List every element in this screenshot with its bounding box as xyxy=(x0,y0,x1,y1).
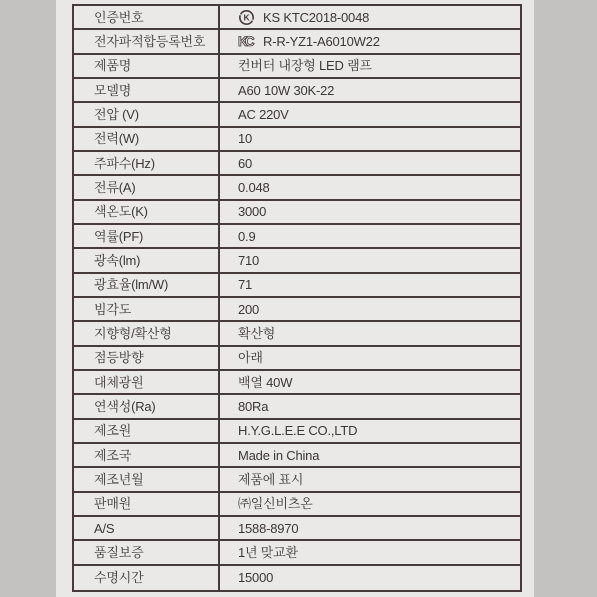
spec-label: 광속(lm) xyxy=(74,249,220,271)
spec-label: 전류(A) xyxy=(74,176,220,198)
table-row: 광효율(lm/W) 71 xyxy=(74,274,520,298)
spec-value: 80Ra xyxy=(220,395,520,417)
table-row: 제조년월 제품에 표시 xyxy=(74,468,520,492)
table-row: 제조국 Made in China xyxy=(74,444,520,468)
spec-value: A60 10W 30K-22 xyxy=(220,79,520,101)
spec-label: 인증번호 xyxy=(74,6,220,28)
spec-value-text: 1588-8970 xyxy=(238,522,298,535)
spec-label: 품질보증 xyxy=(74,541,220,563)
table-row: 지향형/확산형 확산형 xyxy=(74,322,520,346)
spec-value-text: 0.9 xyxy=(238,230,255,243)
table-row: 제조원 H.Y.G.L.E.E CO.,LTD xyxy=(74,420,520,444)
spec-label: 빔각도 xyxy=(74,298,220,320)
page-background: 인증번호 K KS KTC2018-0048 전자파적합등록번호 KC R-R-… xyxy=(0,0,597,597)
table-row: 전력(W) 10 xyxy=(74,128,520,152)
spec-value: 컨버터 내장형 LED 램프 xyxy=(220,55,520,77)
spec-value-text: 1년 맞교환 xyxy=(238,546,298,559)
table-row: 대체광원 백열 40W xyxy=(74,371,520,395)
spec-value-text: 60 xyxy=(238,157,252,170)
spec-label: A/S xyxy=(74,517,220,539)
spec-value-text: 200 xyxy=(238,303,259,316)
spec-label: 색온도(K) xyxy=(74,201,220,223)
spec-value: 710 xyxy=(220,249,520,271)
spec-value: 아래 xyxy=(220,347,520,369)
spec-label: 주파수(Hz) xyxy=(74,152,220,174)
spec-label: 전압 (V) xyxy=(74,103,220,125)
spec-value: H.Y.G.L.E.E CO.,LTD xyxy=(220,420,520,442)
spec-label: 연색성(Ra) xyxy=(74,395,220,417)
spec-value: 200 xyxy=(220,298,520,320)
spec-value-text: 71 xyxy=(238,278,252,291)
spec-value-text: H.Y.G.L.E.E CO.,LTD xyxy=(238,424,357,437)
spec-value: 백열 40W xyxy=(220,371,520,393)
spec-value-text: KS KTC2018-0048 xyxy=(263,11,369,24)
table-row: 주파수(Hz) 60 xyxy=(74,152,520,176)
spec-label: 제조국 xyxy=(74,444,220,466)
spec-value-text: 제품에 표시 xyxy=(238,473,303,486)
spec-value-text: 15000 xyxy=(238,571,273,584)
table-row: 제품명 컨버터 내장형 LED 램프 xyxy=(74,55,520,79)
spec-value-text: AC 220V xyxy=(238,108,289,121)
spec-value-text: 백열 40W xyxy=(238,376,292,389)
spec-value: 1588-8970 xyxy=(220,517,520,539)
spec-value-text: A60 10W 30K-22 xyxy=(238,84,334,97)
spec-value-text: 10 xyxy=(238,132,252,145)
spec-label: 제조년월 xyxy=(74,468,220,490)
spec-value-text: 컨버터 내장형 LED 램프 xyxy=(238,59,372,72)
table-row: A/S 1588-8970 xyxy=(74,517,520,541)
table-row: 모델명 A60 10W 30K-22 xyxy=(74,79,520,103)
spec-value-text: 3000 xyxy=(238,205,266,218)
spec-value-text: 710 xyxy=(238,254,259,267)
spec-label: 모델명 xyxy=(74,79,220,101)
spec-value-text: 아래 xyxy=(238,351,263,364)
table-row: 전자파적합등록번호 KC R-R-YZ1-A6010W22 xyxy=(74,30,520,54)
kc-certification-icon: KC xyxy=(238,33,255,49)
table-row: 색온도(K) 3000 xyxy=(74,201,520,225)
spec-value: AC 220V xyxy=(220,103,520,125)
spec-table: 인증번호 K KS KTC2018-0048 전자파적합등록번호 KC R-R-… xyxy=(72,4,522,592)
svg-text:K: K xyxy=(244,12,251,22)
table-row: 역률(PF) 0.9 xyxy=(74,225,520,249)
spec-value-text: 확산형 xyxy=(238,327,275,340)
document-panel: 인증번호 K KS KTC2018-0048 전자파적합등록번호 KC R-R-… xyxy=(56,0,534,597)
table-row: 점등방향 아래 xyxy=(74,347,520,371)
spec-value: 확산형 xyxy=(220,322,520,344)
spec-value-text: Made in China xyxy=(238,449,319,462)
spec-label: 전자파적합등록번호 xyxy=(74,30,220,52)
spec-value: 15000 xyxy=(220,566,520,590)
spec-label: 수명시간 xyxy=(74,566,220,590)
spec-value: 0.048 xyxy=(220,176,520,198)
table-row: 전류(A) 0.048 xyxy=(74,176,520,200)
spec-value: KC R-R-YZ1-A6010W22 xyxy=(220,30,520,52)
spec-label: 대체광원 xyxy=(74,371,220,393)
table-row: 인증번호 K KS KTC2018-0048 xyxy=(74,6,520,30)
spec-value: Made in China xyxy=(220,444,520,466)
spec-label: 제품명 xyxy=(74,55,220,77)
table-row: 광속(lm) 710 xyxy=(74,249,520,273)
spec-value: 3000 xyxy=(220,201,520,223)
spec-value: 60 xyxy=(220,152,520,174)
spec-value: 0.9 xyxy=(220,225,520,247)
spec-value: 71 xyxy=(220,274,520,296)
table-row: 연색성(Ra) 80Ra xyxy=(74,395,520,419)
spec-label: 역률(PF) xyxy=(74,225,220,247)
table-row: 전압 (V) AC 220V xyxy=(74,103,520,127)
spec-value-text: 80Ra xyxy=(238,400,268,413)
spec-value-text: ㈜일신비츠온 xyxy=(238,497,313,510)
spec-label: 전력(W) xyxy=(74,128,220,150)
spec-value: 제품에 표시 xyxy=(220,468,520,490)
spec-value: ㈜일신비츠온 xyxy=(220,493,520,515)
table-row: 빔각도 200 xyxy=(74,298,520,322)
spec-value: K KS KTC2018-0048 xyxy=(220,6,520,28)
spec-label: 지향형/확산형 xyxy=(74,322,220,344)
spec-label: 판매원 xyxy=(74,493,220,515)
spec-value: 1년 맞교환 xyxy=(220,541,520,563)
table-row: 수명시간 15000 xyxy=(74,566,520,590)
spec-label: 제조원 xyxy=(74,420,220,442)
ks-certification-icon: K xyxy=(238,9,255,26)
table-row: 품질보증 1년 맞교환 xyxy=(74,541,520,565)
spec-value-text: 0.048 xyxy=(238,181,270,194)
table-row: 판매원 ㈜일신비츠온 xyxy=(74,493,520,517)
spec-value-text: R-R-YZ1-A6010W22 xyxy=(263,35,380,48)
spec-label: 점등방향 xyxy=(74,347,220,369)
spec-label: 광효율(lm/W) xyxy=(74,274,220,296)
spec-value: 10 xyxy=(220,128,520,150)
svg-text:KC: KC xyxy=(238,34,255,49)
